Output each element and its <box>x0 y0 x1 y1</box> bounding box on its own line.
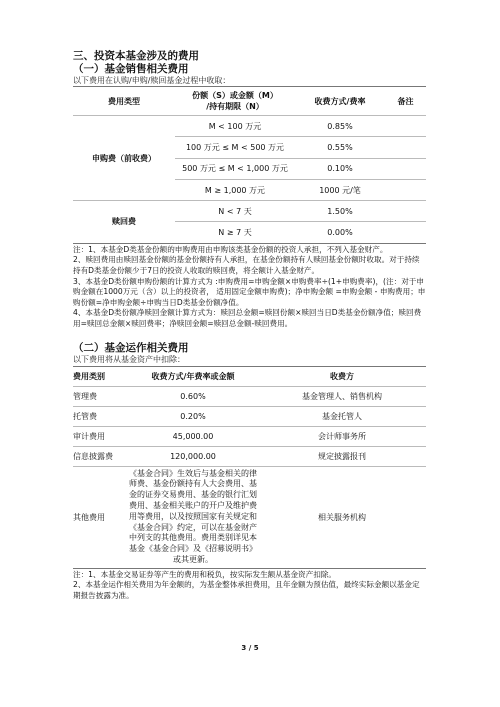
category-cell: 其他费用 <box>73 466 128 568</box>
fee-type-cell: 赎回费 <box>73 201 175 244</box>
note: 注：1、本基金交易证券等产生的费用和税负，按实际发生额从基金资产扣除。 <box>73 570 426 581</box>
table-header-row: 费用类别 收费方式/年费率或金额 收费方 <box>73 366 426 386</box>
operating-fees-title: （二）基金运作相关费用 <box>73 342 426 355</box>
header-amount: 份额（S）或金额（M）/持有期限（N） <box>175 87 295 116</box>
condition-cell: 500 万元 ≤ M < 1,000 万元 <box>175 158 295 179</box>
rate-cell: 0.10% <box>295 158 385 179</box>
sales-fees-title: （一）基金销售相关费用 <box>73 63 426 76</box>
page-number: 3 / 5 <box>0 644 500 652</box>
payee-cell: 规定披露报刊 <box>258 446 426 466</box>
condition-cell: N ≥ 7 天 <box>175 222 295 243</box>
rate-cell: 0.60% <box>128 386 258 406</box>
rate-cell: 1.50% <box>295 201 385 222</box>
rate-cell: 120,000.00 <box>128 446 258 466</box>
table-row: 赎回费 N < 7 天 1.50% <box>73 201 426 222</box>
rate-cell: 45,000.00 <box>128 426 258 446</box>
fee-type-cell: 申购费（前收费） <box>73 116 175 201</box>
table-row: 其他费用 《基金合同》生效后与基金相关的律师费、基金份额持有人大会费用、基金的证… <box>73 466 426 568</box>
table-row: 信息披露费 120,000.00 规定披露报刊 <box>73 446 426 466</box>
remark-cell <box>385 116 426 137</box>
payee-cell: 会计师事务所 <box>258 426 426 446</box>
category-cell: 信息披露费 <box>73 446 128 466</box>
sales-fees-notes: 注：1、本基金D类基金份额的申购费用由申购该类基金份额的投资人承担，不列入基金财… <box>73 245 426 330</box>
table-row: 审计费用 45,000.00 会计师事务所 <box>73 426 426 446</box>
operating-fees-table: 费用类别 收费方式/年费率或金额 收费方 管理费 0.60% 基金管理人、销售机… <box>73 366 426 569</box>
rate-cell: 《基金合同》生效后与基金相关的律师费、基金份额持有人大会费用、基金的证券交易费用… <box>128 466 258 568</box>
table-row: 管理费 0.60% 基金管理人、销售机构 <box>73 386 426 406</box>
document-page: 三、投资本基金涉及的费用 （一）基金销售相关费用 以下费用在认购/申购/赎回基金… <box>73 50 426 601</box>
section-title: 三、投资本基金涉及的费用 <box>73 50 426 63</box>
header-category: 费用类别 <box>73 366 128 386</box>
category-cell: 管理费 <box>73 386 128 406</box>
table-row: 托管费 0.20% 基金托管人 <box>73 406 426 426</box>
condition-cell: 100 万元 ≤ M < 500 万元 <box>175 137 295 158</box>
sales-fees-intro: 以下费用在认购/申购/赎回基金过程中收取： <box>73 76 426 86</box>
note: 2、赎回费用由赎回基金份额的基金份额持有人承担，在基金份额持有人赎回基金份额时收… <box>73 255 426 276</box>
header-rate: 收费方式/费率 <box>295 87 385 116</box>
remark-cell <box>385 222 426 243</box>
note: 注：1、本基金D类基金份额的申购费用由申购该类基金份额的投资人承担，不列入基金财… <box>73 245 426 256</box>
condition-cell: N < 7 天 <box>175 201 295 222</box>
remark-cell <box>385 137 426 158</box>
note: 2、本基金运作相关费用为年金额的，为基金整体承担费用，且年金额为预估值，最终实际… <box>73 580 426 601</box>
payee-cell: 基金托管人 <box>258 406 426 426</box>
rate-cell: 1000 元/笔 <box>295 179 385 200</box>
remark-cell <box>385 158 426 179</box>
operating-fees-intro: 以下费用将从基金资产中扣除： <box>73 355 426 365</box>
table-row: 申购费（前收费） M < 100 万元 0.85% <box>73 116 426 137</box>
rate-cell: 0.00% <box>295 222 385 243</box>
rate-cell: 0.85% <box>295 116 385 137</box>
header-fee-type: 费用类型 <box>73 87 175 116</box>
rate-cell: 0.55% <box>295 137 385 158</box>
category-cell: 审计费用 <box>73 426 128 446</box>
operating-fees-notes: 注：1、本基金交易证券等产生的费用和税负，按实际发生额从基金资产扣除。 2、本基… <box>73 570 426 602</box>
note: 3、本基金D类份额申购份额的计算方式为 :申购费用=申购金额×申购费率÷(1+申… <box>73 277 426 309</box>
payee-cell: 基金管理人、销售机构 <box>258 386 426 406</box>
header-payee: 收费方 <box>258 366 426 386</box>
header-rate: 收费方式/年费率或金额 <box>128 366 258 386</box>
rate-cell: 0.20% <box>128 406 258 426</box>
header-remark: 备注 <box>385 87 426 116</box>
payee-cell: 相关服务机构 <box>258 466 426 568</box>
note: 4、本基金D类份额净赎回金额计算方式为：赎回总金额=赎回份额×赎回当日D类基金份… <box>73 308 426 329</box>
remark-cell <box>385 201 426 222</box>
sales-fees-table: 费用类型 份额（S）或金额（M）/持有期限（N） 收费方式/费率 备注 申购费（… <box>73 86 426 244</box>
condition-cell: M < 100 万元 <box>175 116 295 137</box>
category-cell: 托管费 <box>73 406 128 426</box>
table-header-row: 费用类型 份额（S）或金额（M）/持有期限（N） 收费方式/费率 备注 <box>73 87 426 116</box>
remark-cell <box>385 179 426 200</box>
condition-cell: M ≥ 1,000 万元 <box>175 179 295 200</box>
